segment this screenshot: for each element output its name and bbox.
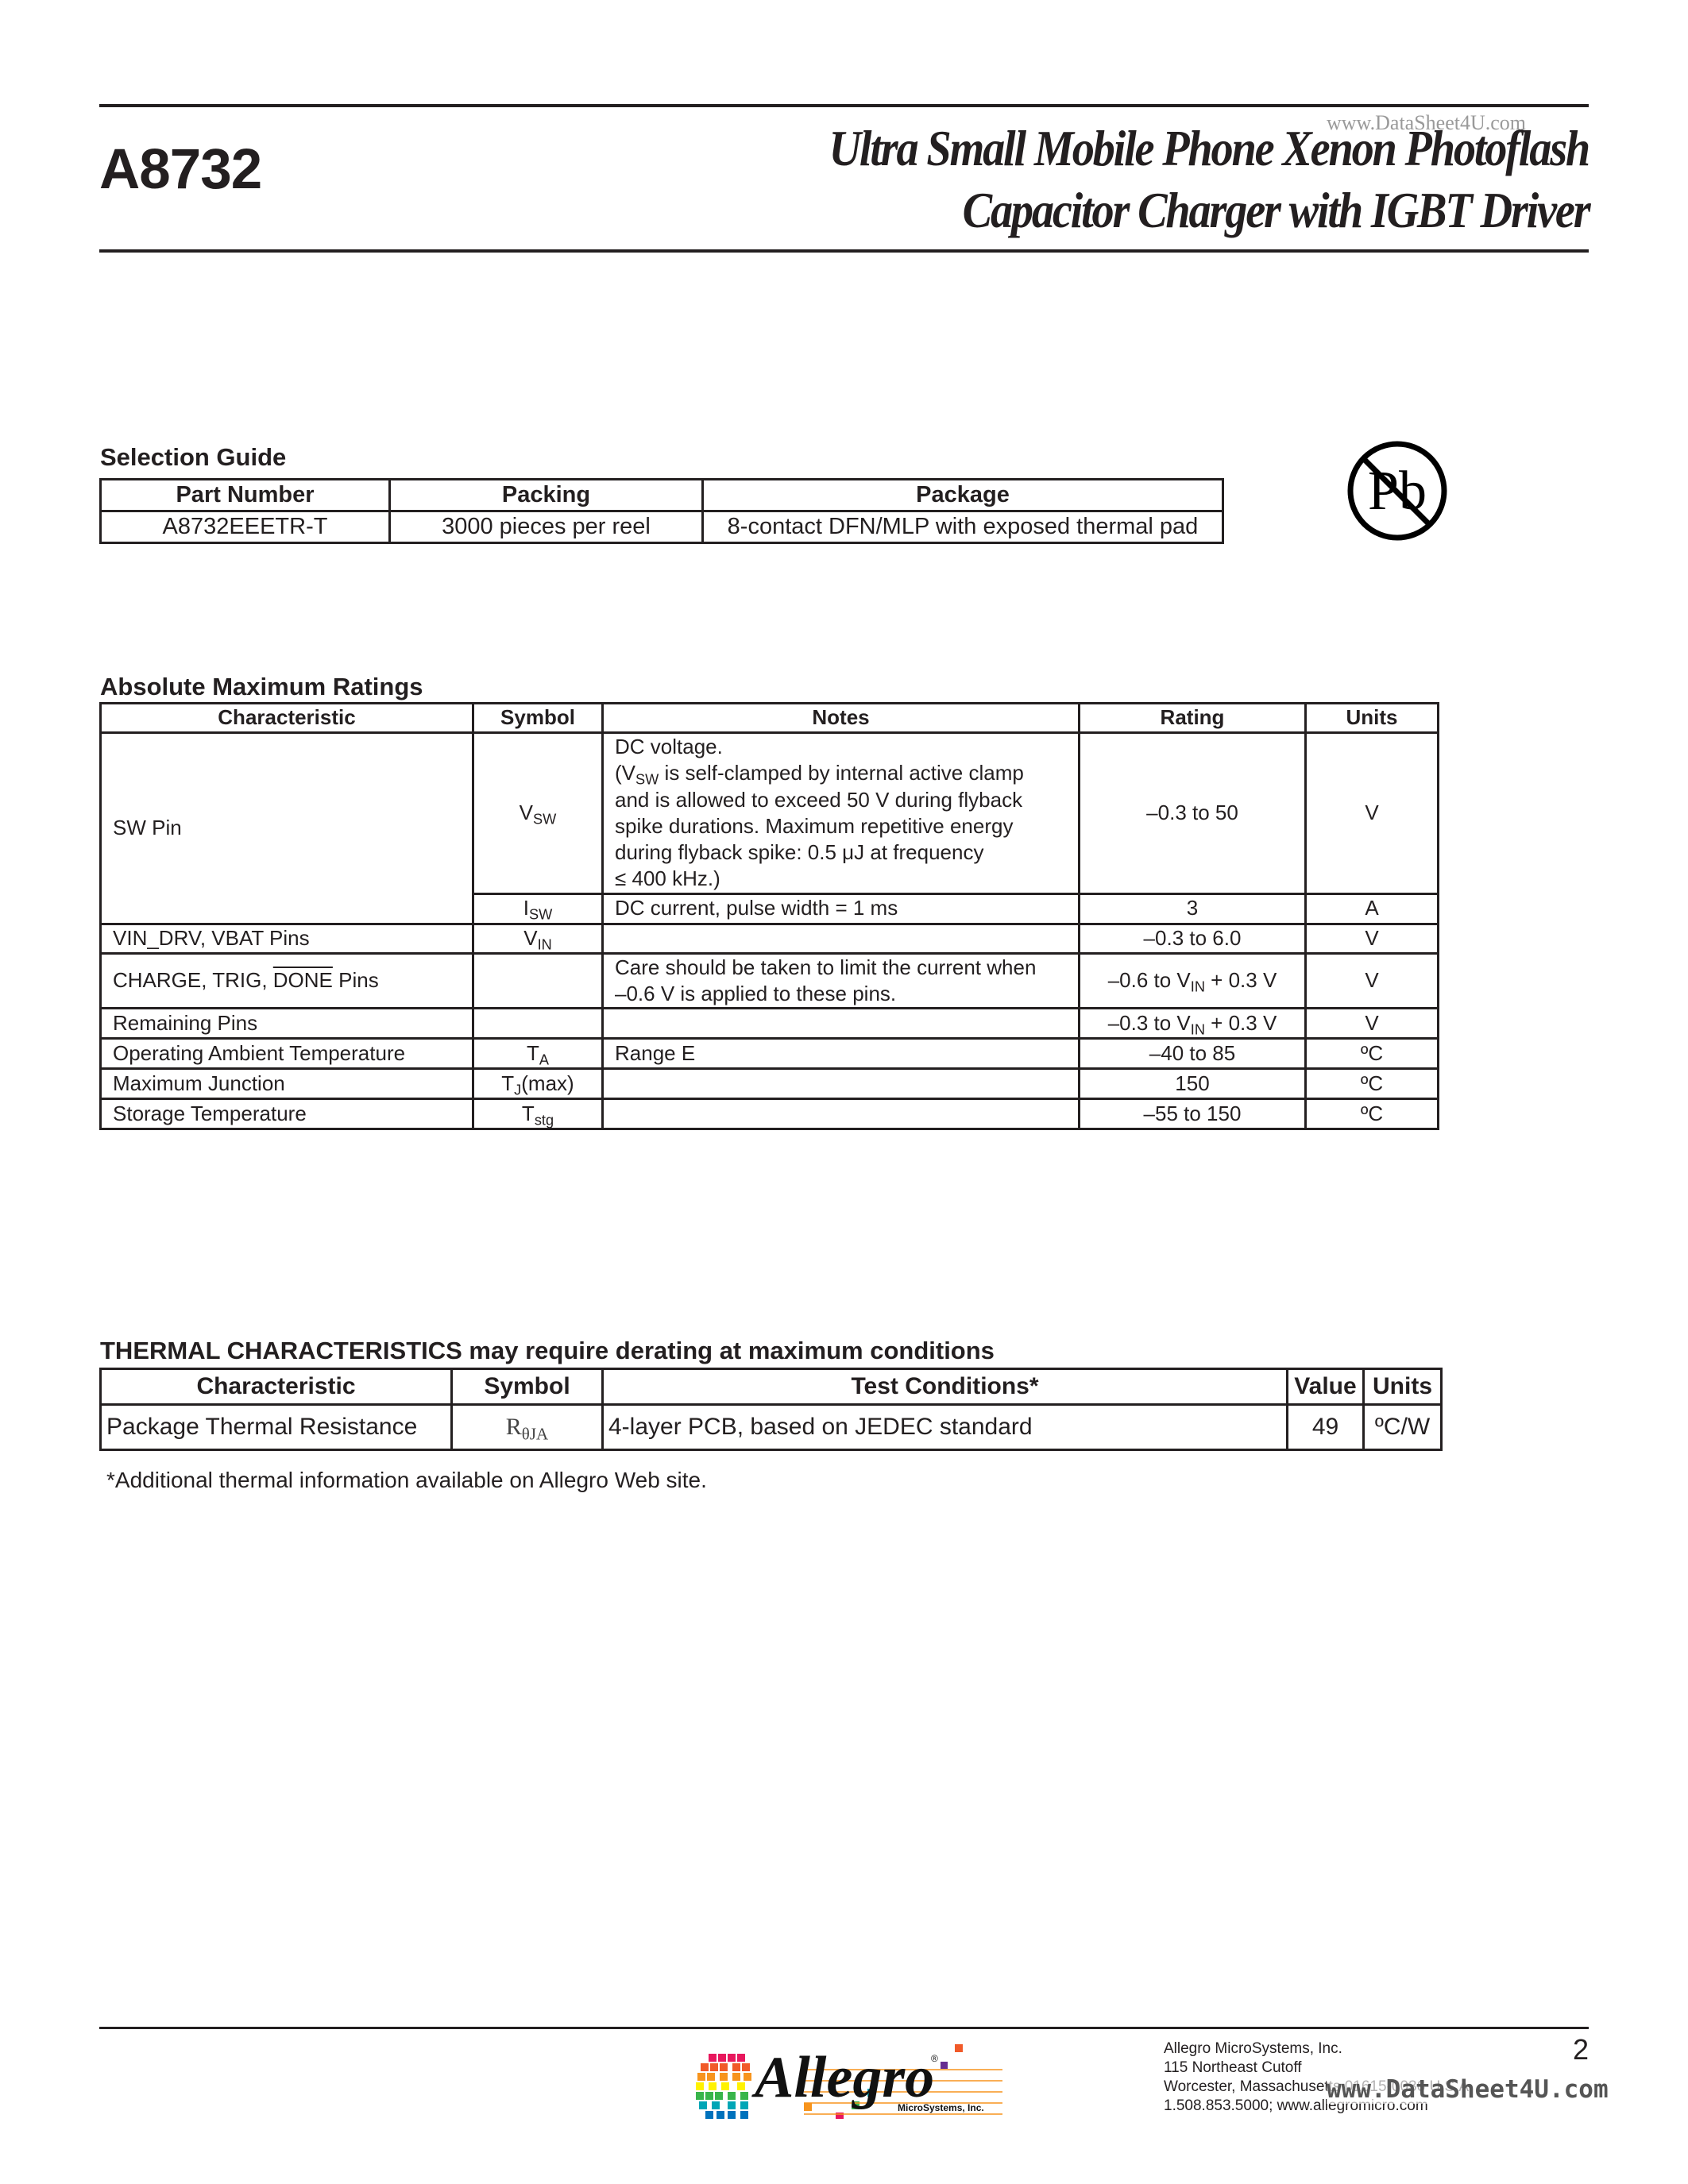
- table-row: A8732EEETR-T 3000 pieces per reel 8-cont…: [101, 511, 1223, 543]
- rating-cell: –0.3 to 50: [1080, 733, 1306, 894]
- rating-cell: –0.3 to 6.0: [1080, 924, 1306, 953]
- column-header: Units: [1364, 1369, 1442, 1405]
- lead-free-pb-icon: Pb: [1346, 439, 1449, 542]
- column-header: Package: [703, 480, 1223, 511]
- table-row: Remaining Pins –0.3 to VIN + 0.3 V V: [101, 1009, 1439, 1039]
- units-cell: ºC: [1306, 1099, 1439, 1129]
- column-header: Value: [1288, 1369, 1364, 1405]
- characteristic-cell: Operating Ambient Temperature: [101, 1039, 473, 1069]
- address-line: Allegro MicroSystems, Inc.: [1164, 2039, 1473, 2059]
- symbol-cell: [473, 1009, 603, 1039]
- column-header: Units: [1306, 704, 1439, 733]
- characteristic-cell: Maximum Junction: [101, 1069, 473, 1099]
- rating-cell: –0.6 to VIN + 0.3 V: [1080, 953, 1306, 1009]
- units-cell: ºC: [1306, 1039, 1439, 1069]
- test-conditions-cell: 4-layer PCB, based on JEDEC standard: [603, 1405, 1288, 1450]
- watermark-bottom: www.DataSheet4U.com: [1327, 2075, 1609, 2104]
- symbol-cell: RθJA: [452, 1405, 603, 1450]
- selection-guide-table: Part Number Packing Package A8732EEETR-T…: [99, 478, 1224, 544]
- absolute-maximum-ratings-title: Absolute Maximum Ratings: [100, 674, 423, 699]
- symbol-cell: [473, 953, 603, 1009]
- document-title-line-2: Capacitor Charger with IGBT Driver: [962, 185, 1589, 236]
- notes-cell: DC current, pulse width = 1 ms: [603, 893, 1080, 924]
- table-row: Operating Ambient Temperature TA Range E…: [101, 1039, 1439, 1069]
- characteristic-cell: Storage Temperature: [101, 1099, 473, 1129]
- symbol-cell: TJ(max): [473, 1069, 603, 1099]
- table-row: Storage Temperature Tstg –55 to 150 ºC: [101, 1099, 1439, 1129]
- thermal-characteristics-table: Characteristic Symbol Test Conditions* V…: [99, 1368, 1443, 1451]
- header-bottom-rule: [99, 249, 1589, 253]
- units-cell: V: [1306, 953, 1439, 1009]
- document-title-line-1: Ultra Small Mobile Phone Xenon Photoflas…: [829, 123, 1589, 174]
- units-cell: V: [1306, 924, 1439, 953]
- rating-cell: –0.3 to VIN + 0.3 V: [1080, 1009, 1306, 1039]
- rating-cell: 3: [1080, 893, 1306, 924]
- rating-cell: –55 to 150: [1080, 1099, 1306, 1129]
- characteristic-cell: SW Pin: [101, 733, 473, 924]
- column-header: Rating: [1080, 704, 1306, 733]
- units-cell: V: [1306, 1009, 1439, 1039]
- characteristic-cell: Remaining Pins: [101, 1009, 473, 1039]
- table-row: VIN_DRV, VBAT Pins VIN –0.3 to 6.0 V: [101, 924, 1439, 953]
- footer-rule: [99, 2027, 1589, 2029]
- absolute-maximum-ratings-table: Characteristic Symbol Notes Rating Units…: [99, 702, 1439, 1130]
- part-number-cell: A8732EEETR-T: [101, 511, 390, 543]
- page-number: 2: [1573, 2033, 1589, 2066]
- header-top-rule: [99, 104, 1589, 107]
- table-row: Package Thermal Resistance RθJA 4-layer …: [101, 1405, 1442, 1450]
- units-cell: V: [1306, 733, 1439, 894]
- column-header: Part Number: [101, 480, 390, 511]
- units-cell: ºC: [1306, 1069, 1439, 1099]
- part-number: A8732: [99, 141, 261, 198]
- notes-cell: [603, 924, 1080, 953]
- rating-cell: 150: [1080, 1069, 1306, 1099]
- table-row: CHARGE, TRIG, DONE Pins Care should be t…: [101, 953, 1439, 1009]
- column-header: Characteristic: [101, 1369, 452, 1405]
- selection-guide-title: Selection Guide: [100, 445, 286, 469]
- column-header: Packing: [390, 480, 703, 511]
- notes-cell: [603, 1009, 1080, 1039]
- symbol-cell: VSW: [473, 733, 603, 894]
- characteristic-cell: VIN_DRV, VBAT Pins: [101, 924, 473, 953]
- characteristic-cell: Package Thermal Resistance: [101, 1405, 452, 1450]
- column-header: Test Conditions*: [603, 1369, 1288, 1405]
- column-header: Characteristic: [101, 704, 473, 733]
- symbol-cell: ISW: [473, 893, 603, 924]
- column-header: Notes: [603, 704, 1080, 733]
- symbol-cell: VIN: [473, 924, 603, 953]
- characteristic-cell: CHARGE, TRIG, DONE Pins: [101, 953, 473, 1009]
- thermal-characteristics-title: THERMAL CHARACTERISTICS may require dera…: [100, 1338, 995, 1363]
- svg-text:Allegro: Allegro: [751, 2045, 934, 2110]
- svg-text:MicroSystems, Inc.: MicroSystems, Inc.: [898, 2102, 984, 2113]
- symbol-cell: TA: [473, 1039, 603, 1069]
- column-header: Symbol: [473, 704, 603, 733]
- notes-cell: Range E: [603, 1039, 1080, 1069]
- svg-text:®: ®: [931, 2053, 938, 2064]
- thermal-footnote: *Additional thermal information availabl…: [106, 1468, 707, 1493]
- table-row: Maximum Junction TJ(max) 150 ºC: [101, 1069, 1439, 1099]
- notes-cell: Care should be taken to limit the curren…: [603, 953, 1080, 1009]
- symbol-cell: Tstg: [473, 1099, 603, 1129]
- notes-cell: [603, 1069, 1080, 1099]
- units-cell: A: [1306, 893, 1439, 924]
- column-header: Symbol: [452, 1369, 603, 1405]
- notes-cell: DC voltage. (VSW is self-clamped by inte…: [603, 733, 1080, 894]
- units-cell: ºC/W: [1364, 1405, 1442, 1450]
- allegro-logo-icon: Allegro ® MicroSystems, Inc.: [693, 2039, 1002, 2120]
- rating-cell: –40 to 85: [1080, 1039, 1306, 1069]
- notes-cell: [603, 1099, 1080, 1129]
- package-cell: 8-contact DFN/MLP with exposed thermal p…: [703, 511, 1223, 543]
- table-row: SW Pin VSW DC voltage. (VSW is self-clam…: [101, 733, 1439, 894]
- value-cell: 49: [1288, 1405, 1364, 1450]
- packing-cell: 3000 pieces per reel: [390, 511, 703, 543]
